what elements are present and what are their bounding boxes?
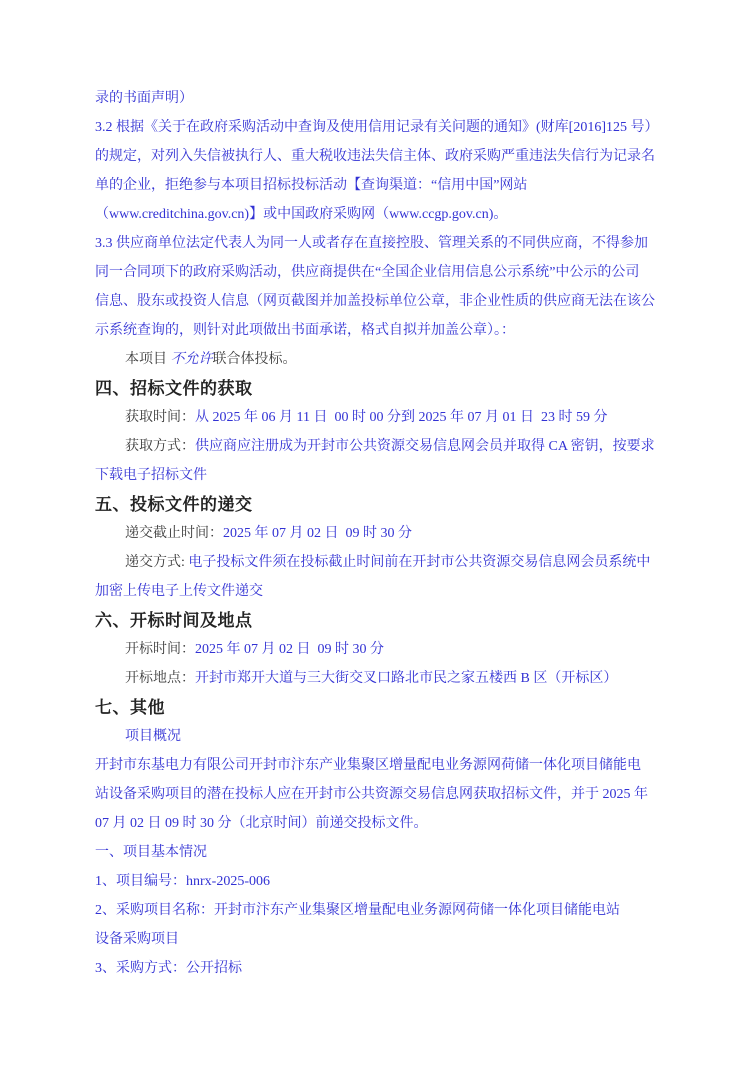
section-heading: 七、其他: [95, 693, 661, 722]
field-label: 获取方式：: [125, 439, 195, 454]
text-segment: 的规定，对列入失信被执行人、重大税收违法失信主体、政府采购严重违法失信行为记录名: [95, 149, 655, 164]
field-label: 联合体投标。: [213, 352, 297, 367]
text-line: 开封市东基电力有限公司开封市汴东产业集聚区增量配电业务源网荷储一体化项目储能电: [95, 751, 661, 780]
text-segment: 3.2 根据《关于在政府采购活动中查询及使用信用记录有关问题的通知》(财库[20…: [95, 120, 658, 135]
text-line: 开标时间：2025 年 07 月 02 日 09 时 30 分: [95, 635, 661, 664]
field-label: 本项目: [125, 352, 171, 367]
field-label: 递交方式:: [125, 555, 188, 570]
text-segment: 示系统查询的，则针对此项做出书面承诺，格式自拟并加盖公章）。：: [95, 323, 515, 338]
text-segment: 站设备采购项目的潜在投标人应在开封市公共资源交易信息网获取招标文件，并于 202…: [95, 787, 648, 802]
text-line: 示系统查询的，则针对此项做出书面承诺，格式自拟并加盖公章）。：: [95, 316, 661, 345]
text-segment: 加密上传电子上传文件递交: [95, 584, 263, 599]
text-segment: 下载电子招标文件: [95, 468, 207, 483]
field-label: 递交截止时间：: [125, 526, 223, 541]
text-line: 3.2 根据《关于在政府采购活动中查询及使用信用记录有关问题的通知》(财库[20…: [95, 113, 661, 142]
text-line: 项目概况: [95, 722, 661, 751]
text-line: 3、采购方式：公开招标: [95, 954, 661, 983]
section-heading-text: 五、投标文件的递交: [95, 495, 253, 514]
text-segment: 1、项目编号：hnrx-2025-006: [95, 874, 270, 889]
text-segment: 项目概况: [125, 729, 181, 744]
section-heading-text: 四、招标文件的获取: [95, 379, 253, 398]
text-line: 递交方式: 电子投标文件须在投标截止时间前在开封市公共资源交易信息网会员系统中: [95, 548, 661, 577]
field-value: 供应商应注册成为开封市公共资源交易信息网会员并取得 CA 密钥，按要求: [195, 439, 655, 454]
field-label: 开标时间：: [125, 642, 195, 657]
field-value: 2025 年 07 月 02 日 09 时 30 分: [195, 642, 384, 657]
text-line: 3.3 供应商单位法定代表人为同一人或者存在直接控股、管理关系的不同供应商，不得…: [95, 229, 661, 258]
text-segment: 开封市东基电力有限公司开封市汴东产业集聚区增量配电业务源网荷储一体化项目储能电: [95, 758, 641, 773]
text-line: 同一合同项下的政府采购活动，供应商提供在“全国企业信用信息公示系统”中公示的公司: [95, 258, 661, 287]
text-segment: 一、项目基本情况: [95, 845, 207, 860]
text-line: 获取方式：供应商应注册成为开封市公共资源交易信息网会员并取得 CA 密钥，按要求: [95, 432, 661, 461]
text-line: 递交截止时间：2025 年 07 月 02 日 09 时 30 分: [95, 519, 661, 548]
text-segment: 07 月 02 日 09 时 30 分（北京时间）前递交投标文件。: [95, 816, 428, 831]
text-line: 一、项目基本情况: [95, 838, 661, 867]
text-line: 录的书面声明）: [95, 84, 661, 113]
document-page: 录的书面声明）3.2 根据《关于在政府采购活动中查询及使用信用记录有关问题的通知…: [0, 0, 753, 1073]
text-line: 07 月 02 日 09 时 30 分（北京时间）前递交投标文件。: [95, 809, 661, 838]
document-body: 录的书面声明）3.2 根据《关于在政府采购活动中查询及使用信用记录有关问题的通知…: [95, 84, 661, 983]
text-segment: （www.creditchina.gov.cn)】或中国政府采购网（www.cc…: [95, 207, 507, 222]
text-line: 设备采购项目: [95, 925, 661, 954]
text-segment: 同一合同项下的政府采购活动，供应商提供在“全国企业信用信息公示系统”中公示的公司: [95, 265, 639, 280]
text-line: 本项目 不允许联合体投标。: [95, 345, 661, 374]
section-heading: 六、开标时间及地点: [95, 606, 661, 635]
section-heading-text: 六、开标时间及地点: [95, 611, 253, 630]
text-line: 加密上传电子上传文件递交: [95, 577, 661, 606]
section-heading: 五、投标文件的递交: [95, 490, 661, 519]
field-value: 从 2025 年 06 月 11 日 00 时 00 分到 2025 年 07 …: [195, 410, 607, 425]
text-line: 2、采购项目名称：开封市汴东产业集聚区增量配电业务源网荷储一体化项目储能电站: [95, 896, 661, 925]
field-label: 获取时间：: [125, 410, 195, 425]
text-line: 开标地点：开封市郑开大道与三大街交叉口路北市民之家五楼西 B 区（开标区）: [95, 664, 661, 693]
field-value: 电子投标文件须在投标截止时间前在开封市公共资源交易信息网会员系统中: [188, 555, 650, 570]
text-segment: 单的企业，拒绝参与本项目招标投标活动【查询渠道：“信用中国”网站: [95, 178, 527, 193]
section-heading: 四、招标文件的获取: [95, 374, 661, 403]
section-heading-text: 七、其他: [95, 698, 165, 717]
text-line: 1、项目编号：hnrx-2025-006: [95, 867, 661, 896]
field-value: 2025 年 07 月 02 日 09 时 30 分: [223, 526, 412, 541]
text-segment: 设备采购项目: [95, 932, 179, 947]
text-segment: 3.3 供应商单位法定代表人为同一人或者存在直接控股、管理关系的不同供应商，不得…: [95, 236, 648, 251]
text-segment: 3、采购方式：公开招标: [95, 961, 242, 976]
emphasis-text: 不允许: [171, 352, 213, 367]
field-label: 开标地点：: [125, 671, 195, 686]
text-line: 的规定，对列入失信被执行人、重大税收违法失信主体、政府采购严重违法失信行为记录名: [95, 142, 661, 171]
field-value: 开封市郑开大道与三大街交叉口路北市民之家五楼西 B 区（开标区）: [195, 671, 617, 686]
text-line: 获取时间：从 2025 年 06 月 11 日 00 时 00 分到 2025 …: [95, 403, 661, 432]
text-segment: 信息、股东或投资人信息（网页截图并加盖投标单位公章，非企业性质的供应商无法在该公: [95, 294, 655, 309]
text-segment: 录的书面声明）: [95, 91, 193, 106]
text-segment: 2、采购项目名称：开封市汴东产业集聚区增量配电业务源网荷储一体化项目储能电站: [95, 903, 620, 918]
text-line: 单的企业，拒绝参与本项目招标投标活动【查询渠道：“信用中国”网站: [95, 171, 661, 200]
text-line: （www.creditchina.gov.cn)】或中国政府采购网（www.cc…: [95, 200, 661, 229]
text-line: 站设备采购项目的潜在投标人应在开封市公共资源交易信息网获取招标文件，并于 202…: [95, 780, 661, 809]
text-line: 下载电子招标文件: [95, 461, 661, 490]
text-line: 信息、股东或投资人信息（网页截图并加盖投标单位公章，非企业性质的供应商无法在该公: [95, 287, 661, 316]
